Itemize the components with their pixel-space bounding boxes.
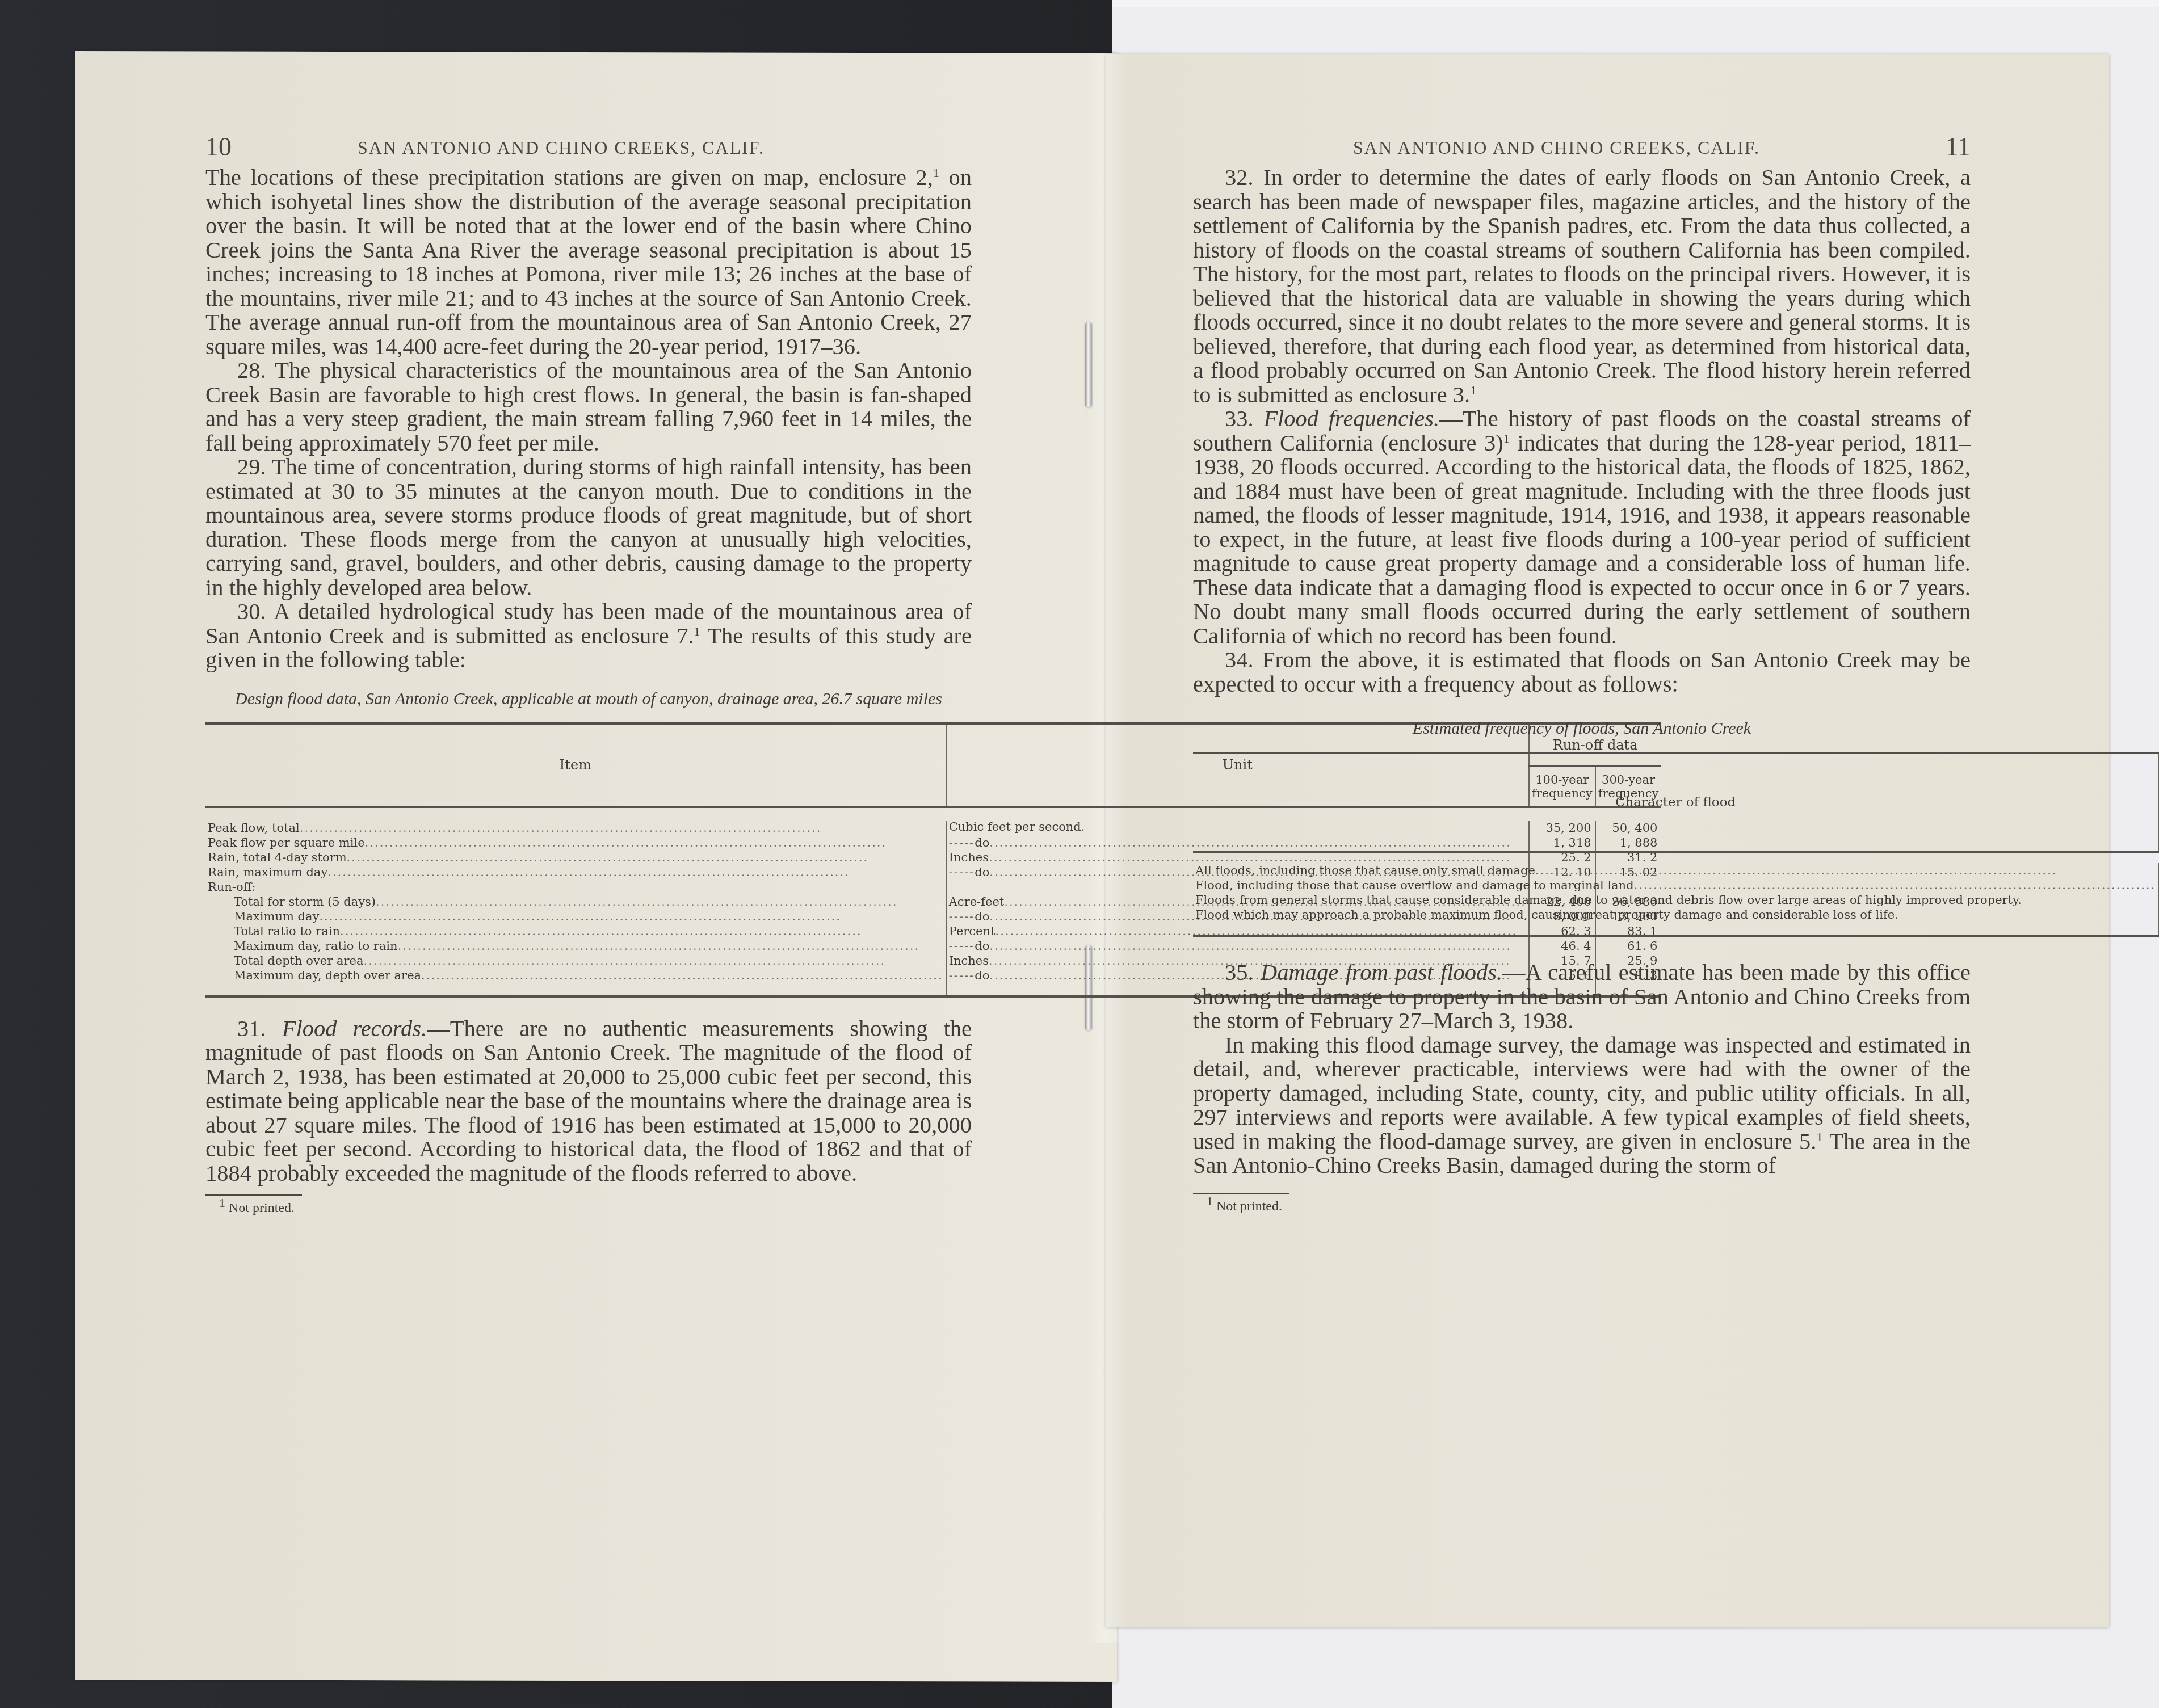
page-number: 11 [1946, 132, 1971, 162]
right-page: SAN ANTONIO AND CHINO CREEKS, CALIF. 11 … [1193, 132, 1971, 1214]
table-row: Flood, including those that cause overfl… [1193, 878, 2159, 893]
paragraph-28: 28. The physical characteristics of the … [205, 359, 972, 455]
column-header-item: Item [205, 723, 946, 807]
paragraph-30: 30. A detailed hydrological study has be… [205, 600, 972, 672]
section-heading-flood-records: Flood records. [282, 1016, 427, 1041]
table-row: Floods from general storms that cause co… [1193, 893, 2159, 907]
footnote-ref: 1 [1470, 382, 1476, 397]
table-row: Flood which may approach a probable maxi… [1193, 907, 2159, 922]
footnote-ref: 1 [1503, 431, 1510, 445]
page-number: 10 [205, 132, 232, 162]
column-header-character: Character of flood [1193, 753, 2158, 852]
footnote: 1 Not printed. [1193, 1199, 1971, 1214]
running-head-title: SAN ANTONIO AND CHINO CREEKS, CALIF. [1353, 137, 1760, 158]
running-head-left: 10 SAN ANTONIO AND CHINO CREEKS, CALIF. [205, 132, 972, 166]
footnote: 1 Not printed. [205, 1201, 972, 1216]
staple-top-icon [1085, 322, 1092, 407]
footnote-ref: 1 [1816, 1129, 1822, 1143]
running-head-title: SAN ANTONIO AND CHINO CREEKS, CALIF. [358, 137, 765, 158]
table-caption-flood-frequency: Estimated frequency of floods, San Anton… [1210, 719, 1954, 738]
paragraph-35: 35. Damage from past floods.—A careful e… [1193, 961, 1971, 1033]
section-heading-flood-frequencies: Flood frequencies. [1263, 406, 1439, 431]
paragraph-32: 32. In order to determine the dates of e… [1193, 166, 1971, 407]
paragraph-31: 31. Flood records.—There are no authenti… [205, 1017, 972, 1186]
running-head-right: SAN ANTONIO AND CHINO CREEKS, CALIF. 11 [1193, 132, 1971, 166]
table-row: All floods, including those that cause o… [1193, 863, 2159, 878]
paragraph-precipitation: The locations of these precipitation sta… [205, 166, 972, 359]
underlying-printed-sheet-edge [1112, 0, 2159, 7]
footnote-ref: 1 [694, 624, 700, 638]
table-caption-design-flood: Design flood data, San Antonio Creek, ap… [222, 689, 955, 709]
paragraph-35-continued: In making this flood damage survey, the … [1193, 1033, 1971, 1178]
paragraph-29: 29. The time of concentration, during st… [205, 455, 972, 600]
paragraph-34: 34. From the above, it is estimated that… [1193, 648, 1971, 696]
paragraph-33: 33. Flood frequencies.—The history of pa… [1193, 407, 1971, 648]
left-page: 10 SAN ANTONIO AND CHINO CREEKS, CALIF. … [205, 132, 972, 1216]
flood-frequency-table: Character of flood Approximate frequency… [1193, 752, 2159, 937]
footnote-ref: 1 [933, 166, 939, 180]
section-heading-damage: Damage from past floods. [1261, 960, 1502, 985]
